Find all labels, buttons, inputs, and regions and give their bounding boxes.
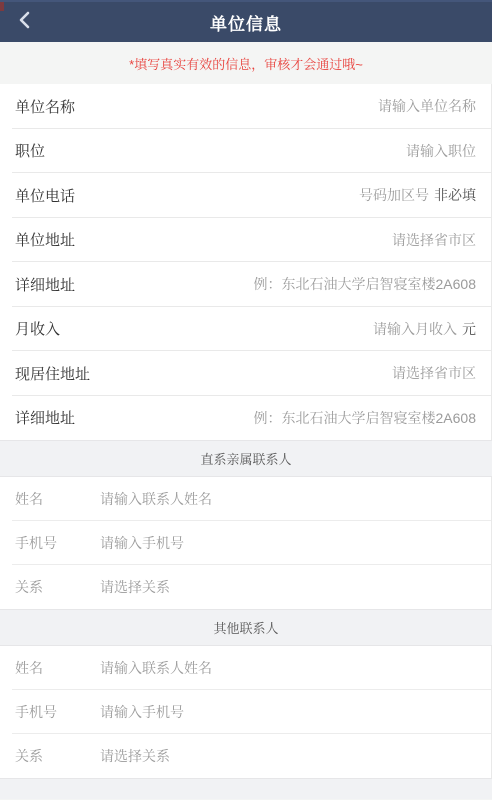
field-family-name[interactable]: 姓名 请输入联系人姓名 (0, 477, 491, 521)
field-family-phone[interactable]: 手机号 请输入手机号 (0, 521, 491, 565)
field-label: 月收入 (15, 318, 60, 339)
field-unit-address-detail[interactable]: 详细地址 例：东北石油大学启智寝室楼2A608 (0, 262, 491, 307)
field-label: 详细地址 (15, 274, 75, 295)
field-position[interactable]: 职位 请输入职位 (0, 129, 491, 174)
field-label: 姓名 (15, 489, 100, 509)
placeholder-text: 号码加区号 (359, 185, 429, 205)
unit-phone-input[interactable]: 号码加区号 非必填 (359, 185, 476, 205)
other-phone-input[interactable]: 请输入手机号 (100, 702, 184, 722)
field-current-address-detail[interactable]: 详细地址 例：东北石油大学启智寝室楼2A608 (0, 396, 491, 441)
placeholder-text: 请选择省市区 (392, 363, 476, 383)
placeholder-text: 例：东北石油大学启智寝室楼2A608 (254, 408, 476, 428)
field-other-phone[interactable]: 手机号 请输入手机号 (0, 690, 491, 734)
placeholder-text: 请输入月收入 (373, 319, 457, 339)
unit-yuan-label: 元 (462, 319, 476, 339)
field-label: 详细地址 (15, 407, 75, 428)
corner-artifact (0, 2, 4, 11)
field-unit-name[interactable]: 单位名称 请输入单位名称 (0, 84, 491, 129)
field-label: 单位地址 (15, 229, 75, 250)
family-relation-picker[interactable]: 请选择关系 (100, 577, 170, 597)
field-family-relation[interactable]: 关系 请选择关系 (0, 565, 491, 609)
placeholder-text: 请输入单位名称 (378, 96, 476, 116)
placeholder-text: 请选择省市区 (392, 230, 476, 250)
optional-hint: 非必填 (434, 185, 476, 205)
field-other-name[interactable]: 姓名 请输入联系人姓名 (0, 646, 491, 690)
field-unit-phone[interactable]: 单位电话 号码加区号 非必填 (0, 173, 491, 218)
section-immediate-family: 姓名 请输入联系人姓名 手机号 请输入手机号 关系 请选择关系 (0, 477, 492, 609)
other-relation-picker[interactable]: 请选择关系 (100, 746, 170, 766)
current-address-picker[interactable]: 请选择省市区 (392, 363, 476, 383)
section-title-other-contact: 其他联系人 (0, 609, 492, 646)
position-input[interactable]: 请输入职位 (406, 141, 476, 161)
section-other-contact: 姓名 请输入联系人姓名 手机号 请输入手机号 关系 请选择关系 (0, 646, 492, 778)
field-label: 手机号 (15, 702, 100, 722)
page-title: 单位信息 (210, 10, 282, 35)
field-label: 姓名 (15, 658, 100, 678)
field-label: 现居住地址 (15, 363, 90, 384)
placeholder-text: 例：东北石油大学启智寝室楼2A608 (254, 274, 476, 294)
field-current-address[interactable]: 现居住地址 请选择省市区 (0, 351, 491, 396)
field-label: 手机号 (15, 533, 100, 553)
field-monthly-income[interactable]: 月收入 请输入月收入 元 (0, 307, 491, 352)
back-button[interactable] (12, 2, 36, 42)
unit-info-page: 单位信息 *填写真实有效的信息，审核才会通过哦~ 单位名称 请输入单位名称 职位… (0, 0, 492, 800)
field-other-relation[interactable]: 关系 请选择关系 (0, 734, 491, 778)
notice-text: *填写真实有效的信息，审核才会通过哦~ (0, 42, 492, 84)
section-title-immediate-family: 直系亲属联系人 (0, 440, 492, 477)
field-label: 职位 (15, 140, 45, 161)
unit-address-detail-input[interactable]: 例：东北石油大学启智寝室楼2A608 (254, 274, 476, 294)
other-name-input[interactable]: 请输入联系人姓名 (100, 658, 212, 678)
bottom-spacer (0, 778, 492, 799)
unit-form-group: 单位名称 请输入单位名称 职位 请输入职位 单位电话 号码加区号 非必填 单位地… (0, 84, 492, 440)
nav-bar: 单位信息 (0, 0, 492, 42)
chevron-left-icon (18, 11, 30, 34)
field-label: 关系 (15, 577, 100, 597)
placeholder-text: 请输入职位 (406, 141, 476, 161)
unit-address-picker[interactable]: 请选择省市区 (392, 230, 476, 250)
field-unit-address[interactable]: 单位地址 请选择省市区 (0, 218, 491, 263)
unit-name-input[interactable]: 请输入单位名称 (378, 96, 476, 116)
monthly-income-input[interactable]: 请输入月收入 元 (373, 319, 476, 339)
current-address-detail-input[interactable]: 例：东北石油大学启智寝室楼2A608 (254, 408, 476, 428)
field-label: 单位电话 (15, 185, 75, 206)
field-label: 关系 (15, 746, 100, 766)
family-name-input[interactable]: 请输入联系人姓名 (100, 489, 212, 509)
field-label: 单位名称 (15, 96, 75, 117)
family-phone-input[interactable]: 请输入手机号 (100, 533, 184, 553)
